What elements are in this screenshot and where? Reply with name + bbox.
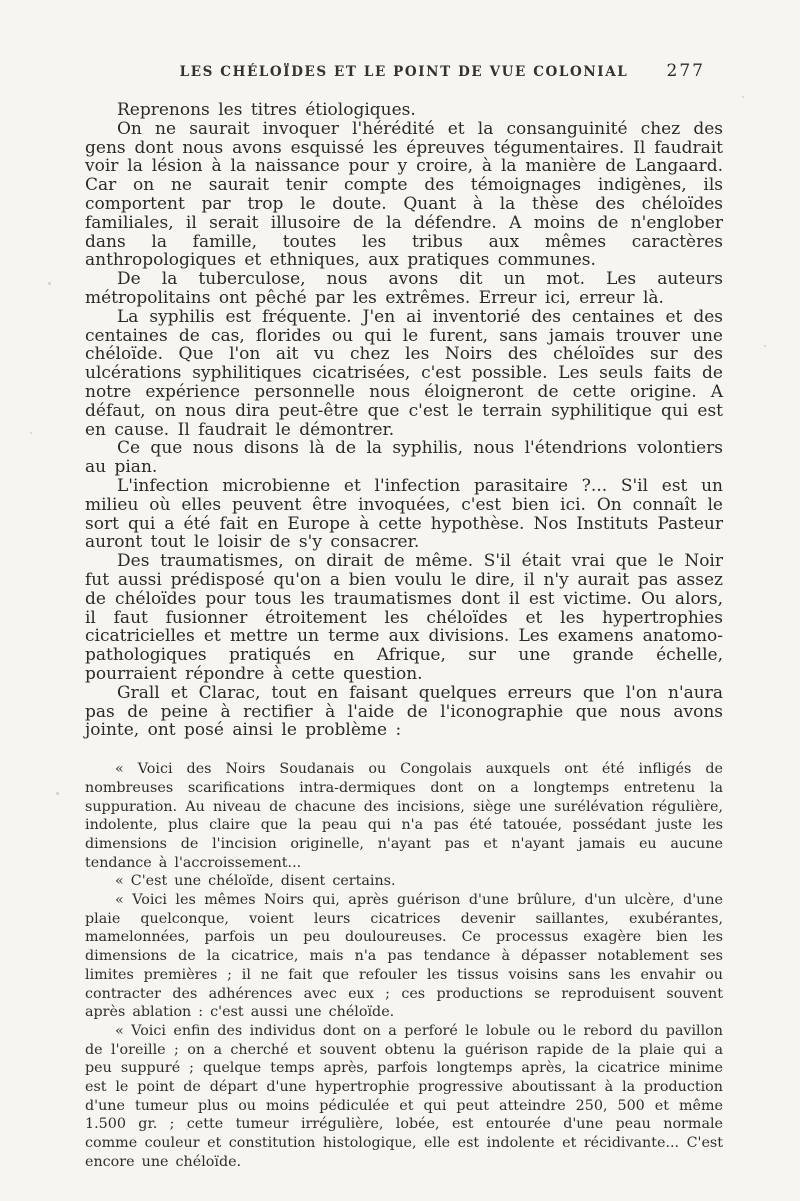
paper-speck (742, 96, 744, 98)
quote-paragraph: « Voici enfin des individus dont on a pe… (85, 1022, 723, 1172)
paper-speck (764, 345, 766, 347)
running-title: LES CHÉLOÏDES ET LE POINT DE VUE COLONIA… (180, 64, 629, 80)
body-paragraph: De la tuberculose, nous avons dit un mot… (85, 270, 723, 308)
quote-paragraph: « Voici des Noirs Soudanais ou Congolais… (85, 760, 723, 872)
body-paragraph: On ne saurait invoquer l'hérédité et la … (85, 120, 723, 270)
body-paragraph: L'infection microbienne et l'infection p… (85, 477, 723, 552)
body-text-block: Reprenons les titres étiologiques. On ne… (85, 101, 723, 740)
paper-speck (48, 282, 51, 285)
paper-speck (56, 792, 59, 795)
page-content: LES CHÉLOÏDES ET LE POINT DE VUE COLONIA… (85, 64, 723, 1172)
block-quote: « Voici des Noirs Soudanais ou Congolais… (85, 760, 723, 1171)
quote-paragraph: « Voici les mêmes Noirs qui, après guéri… (85, 891, 723, 1022)
quote-paragraph: « C'est une chéloïde, disent certains. (85, 872, 723, 891)
body-paragraph: Grall et Clarac, tout en faisant quelque… (85, 684, 723, 740)
body-paragraph: La syphilis est fréquente. J'en ai inven… (85, 308, 723, 440)
body-paragraph: Ce que nous disons là de la syphilis, no… (85, 439, 723, 477)
document-page: LES CHÉLOÏDES ET LE POINT DE VUE COLONIA… (0, 0, 800, 1201)
page-header: LES CHÉLOÏDES ET LE POINT DE VUE COLONIA… (85, 64, 723, 84)
paper-speck (30, 432, 32, 434)
body-paragraph: Reprenons les titres étiologiques. (85, 101, 723, 120)
page-number: 277 (667, 61, 705, 81)
body-paragraph: Des traumatismes, on dirait de même. S'i… (85, 552, 723, 684)
